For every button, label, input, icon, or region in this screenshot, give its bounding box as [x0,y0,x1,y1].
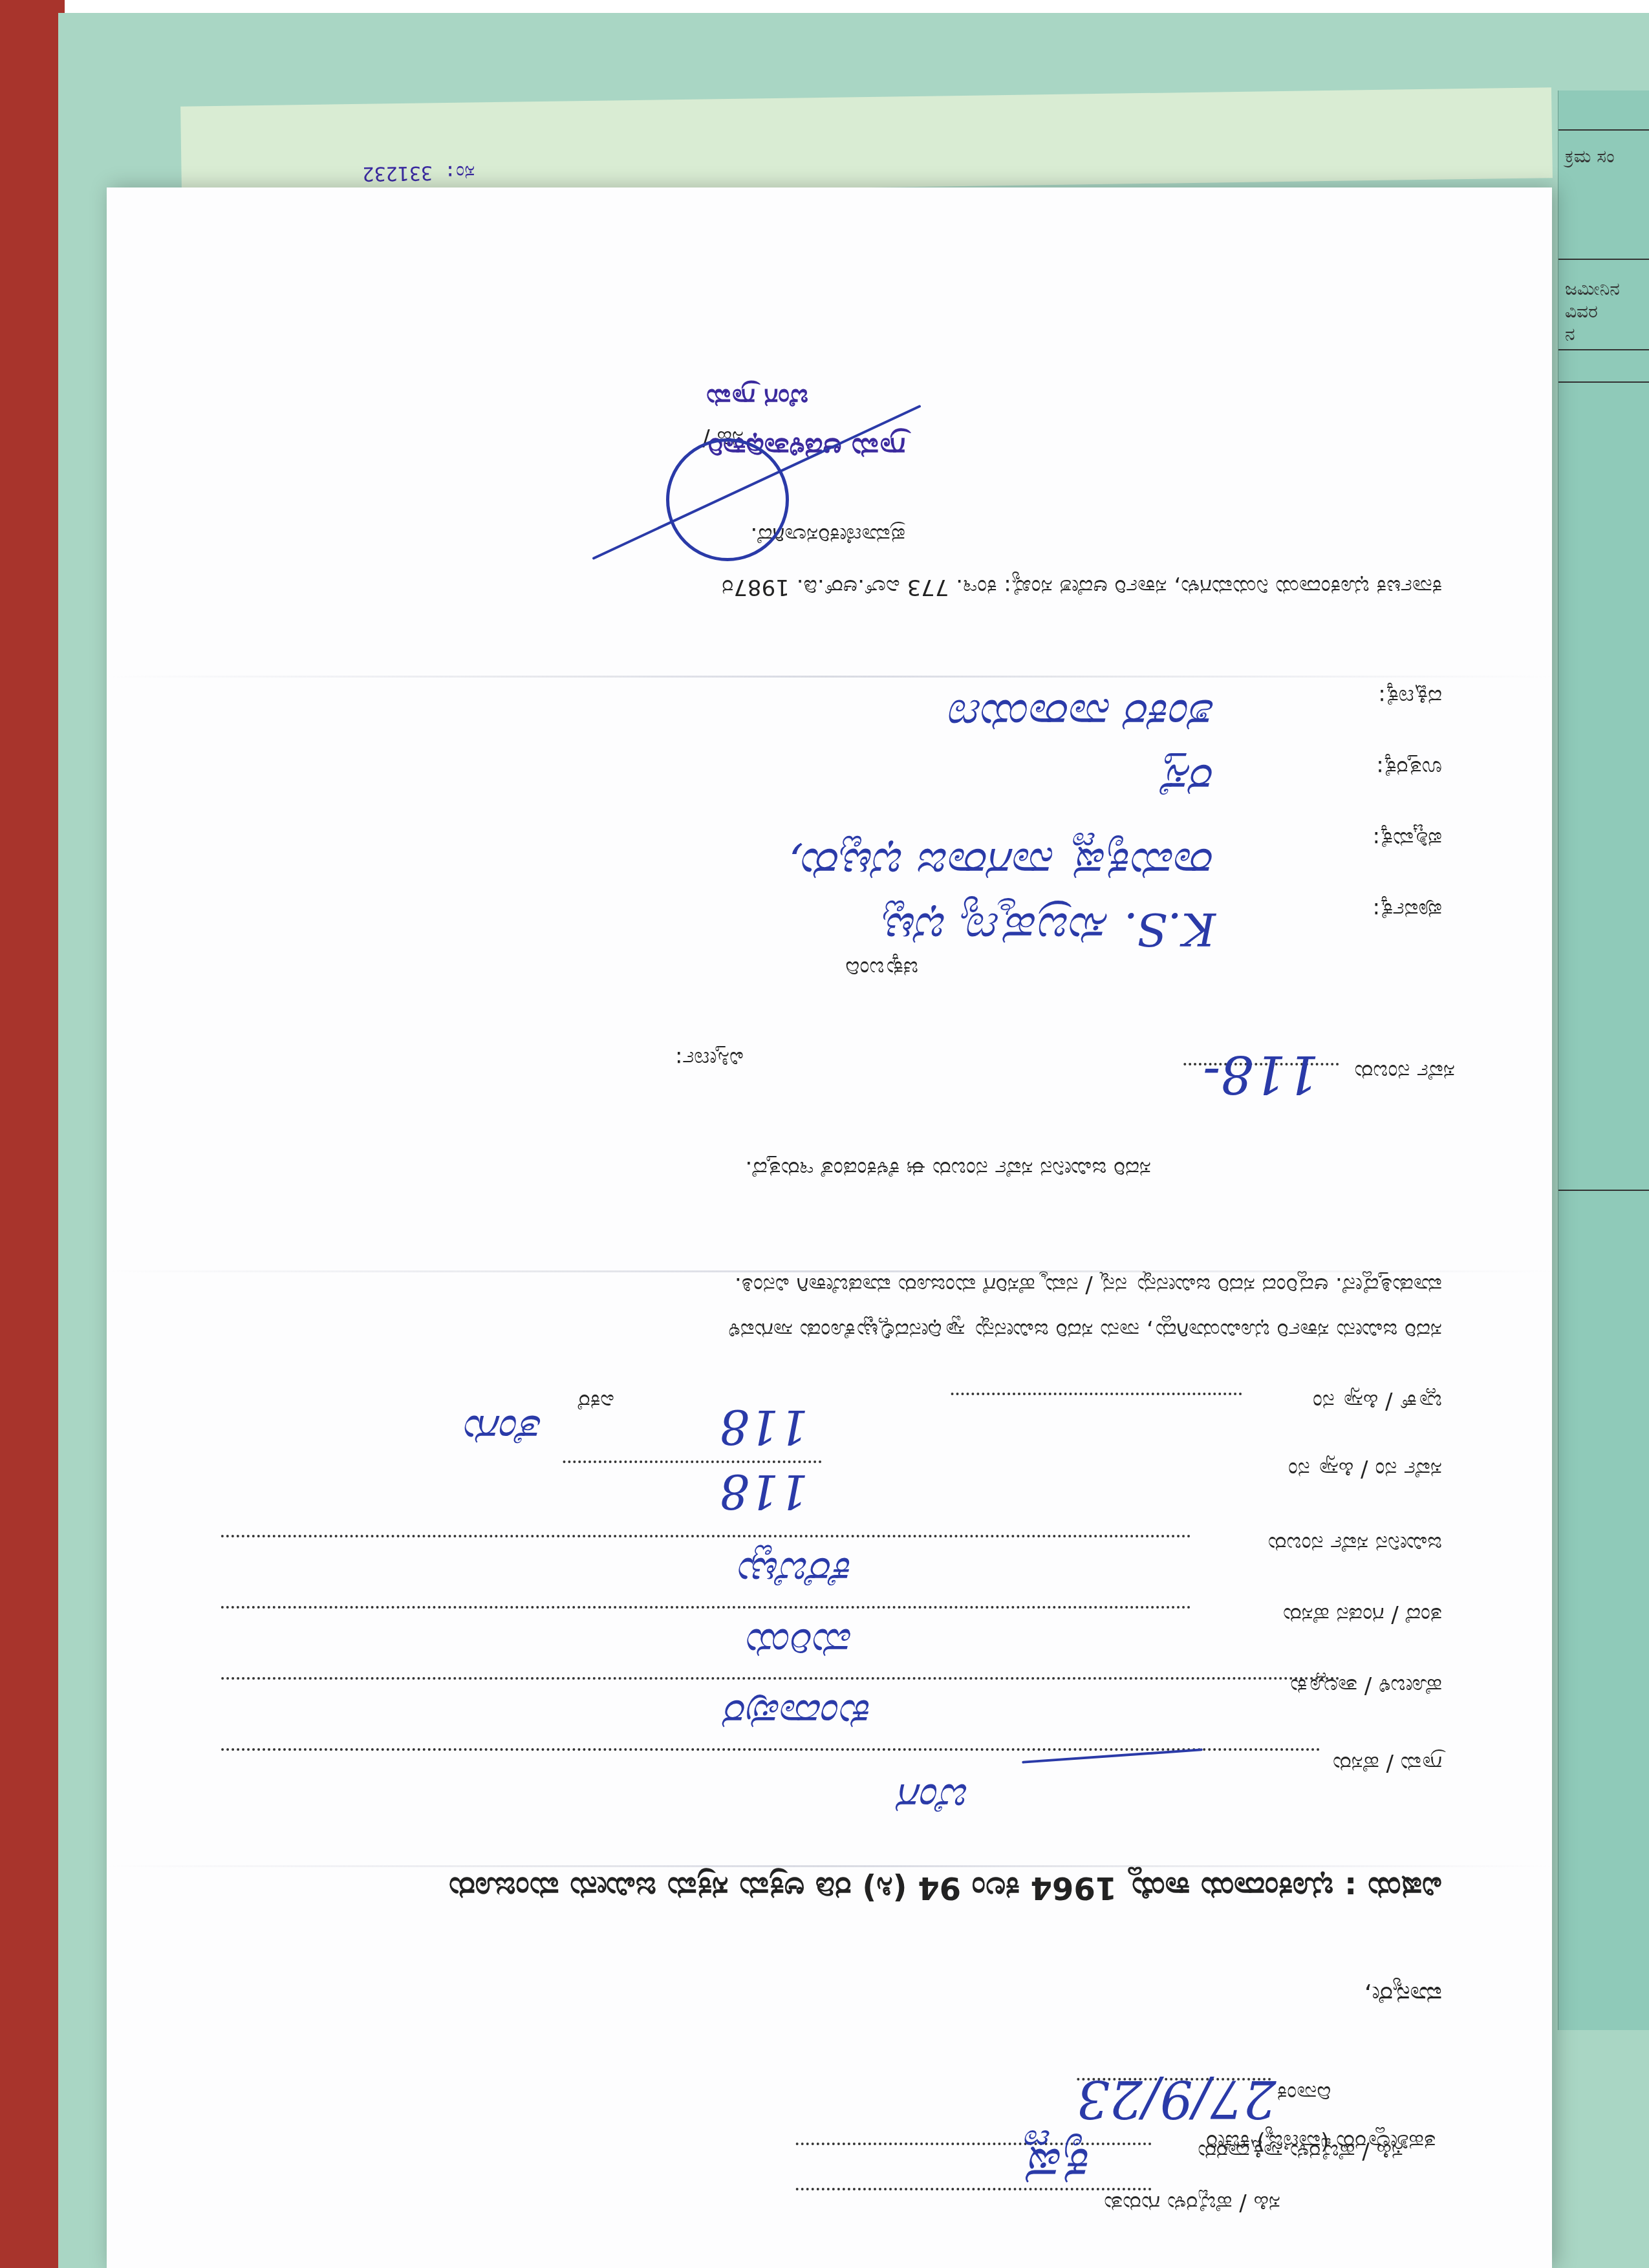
boundary-east-label: ಪೂರ್ವಕ್ಕೆ: [1373,897,1442,923]
reference-stamp: ಸಂ: 331232 [362,160,475,184]
salutation: ಮಾನ್ಯರೇ, [1364,1980,1442,2009]
boundaries-heading: ಚಕ್ಕುಬಂದಿ [845,956,918,981]
survey-number-label: ಸರ್ವೆ ನಂಬರು [1355,1059,1455,1085]
area-label: ವಿಸ್ತೀರ್ಣ: [675,1046,744,1072]
field-value-land[interactable]: ಕೆರೆಬೆಟ್ಟು [737,1548,854,1596]
legal-line: ಕರ್ನಾಟಕ ಭೂಕಂದಾಯ ನಿಯಮಗಳು, ಸರ್ಕಾರಿ ಆದೇಶ ಸಂ… [213,574,1442,600]
field-value-hobli[interactable]: ಕುಂದಾಪುರ [726,1690,873,1738]
boundary-east-value[interactable]: K.S. ಸುಬ್ರಹ್ಮಣ್ಯ ಭಟ್ಟ [884,902,1216,956]
adjacent-document: ಕ್ರಮ ಸಂ ಜಮೀನಿನ ವಿವರ ನ [1558,91,1649,2030]
form-page-rotated: ತಹಶೀಲ್ದಾರರು (ವಾಣಿಜ್ಯ) ಕಚೇರಿ ದಿನಾಂಕ 27/9/… [107,187,1552,2268]
scan-red-edge [0,0,65,2268]
witness-label: ಸಹಿ / ಹೆಬ್ಬೆರಳು ಸಾಕ್ಷಿದಾರರು [1198,2139,1403,2165]
field-value-acre[interactable]: ತೆಂಗು [466,1406,543,1453]
boundary-west-label: ಪಶ್ಚಿಮಕ್ಕೆ: [1373,826,1442,852]
officer-signature-icon [666,438,789,561]
adjacent-text-3: ವಿವರ [1565,301,1598,323]
field-label-survey: ಸರ್ವೆ ನಂ / ಹಿಸ್ಸಾ ನಂ [1288,1457,1442,1482]
subject-line: ವಿಷಯ : ಭೂಕಂದಾಯ ಕಾಯ್ದೆ 1964 ಕಲಂ 94 (ಸಿ) ರ… [449,1869,1442,1906]
boundary-west-value[interactable]: ರಾಮಕೃಷ್ಣ ನಾಗರಾಜ ಭಟ್ಟರು, [789,837,1216,891]
adjacent-text-1: ಕ್ರಮ ಸಂ [1565,145,1615,167]
paragraph-line-2: ಮಾಡುತ್ತಿದ್ದೇನೆ. ಆದ್ದರಿಂದ ಸದರಿ ಜಮೀನನ್ನು ನ… [213,1272,1442,1298]
underlying-sheet: ಸಂ: 331232 [180,87,1553,197]
field-value-survey[interactable]: 118 [720,1464,808,1518]
field-value-block[interactable]: 118 [720,1399,808,1453]
survey-number-value[interactable]: 118- [1203,1044,1319,1104]
field-value-village[interactable]: ಬೆಂಗ [900,1774,970,1822]
adjacent-text-4: ನ [1565,323,1575,345]
boundary-north-label: ಉತ್ತರಕ್ಕೆ: [1376,755,1442,781]
adjacent-text-2: ಜಮೀನಿನ [1565,278,1620,300]
boundary-north-value[interactable]: ರಸ್ತೆ [1162,753,1216,807]
field-value-father[interactable]: ಮರಿಯ [748,1619,854,1667]
applicant-sign-label: ಸಹಿ / ಹೆಬ್ಬೆರಳು ಗುರುತು [1104,2190,1280,2216]
field-label-acre: ಎಕರೆ [578,1389,614,1415]
field-label-father: ತಂದೆ / ಗಂಡನ ಹೆಸರು [1283,1602,1442,1628]
field-label-land: ಜಮೀನಿನ ಸರ್ವೆ ನಂಬರು [1268,1531,1442,1557]
date-label: ದಿನಾಂಕ [1277,2081,1331,2106]
paragraph-line-1: ಸದರಿ ಜಮೀನು ಸರ್ಕಾರಿ ಭೂಮಿಯಾಗಿದ್ದು, ನಾನು ಸದ… [213,1318,1442,1343]
field-label-village: ಗ್ರಾಮ / ಹೆಸರು [1333,1751,1442,1777]
boundary-south-value[interactable]: ಶಂಕರ ನಾರಾಯಣ [951,689,1216,742]
section-heading: ಸದರಿ ಜಮೀನಿನ ಸರ್ವೆ ನಂಬರು ಈ ಕೆಳಕಂಡಂತೆ ಇರುತ… [746,1156,1151,1182]
boundary-south-label: ದಕ್ಷಿಣಕ್ಕೆ: [1378,684,1442,710]
official-stamp-line2: ಬೆಂಗ ಗ್ರಾಮ [706,383,808,412]
form-paper: ತಹಶೀಲ್ದಾರರು (ವಾಣಿಜ್ಯ) ಕಚೇರಿ ದಿನಾಂಕ 27/9/… [107,187,1552,2268]
date-value: 27/9/23 [1077,2069,1276,2129]
field-label-block: ಬ್ಲಾಕ್ / ಹಿಸ್ಸಾ ನಂ [1313,1389,1442,1415]
